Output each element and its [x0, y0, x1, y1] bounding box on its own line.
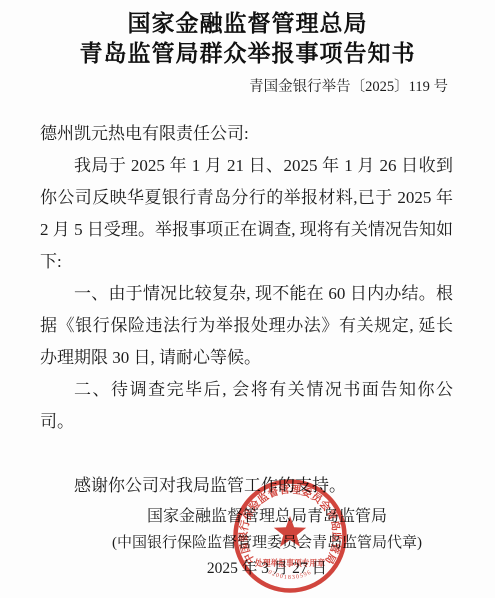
- paragraph-thanks: 感谢你公司对我局监管工作的支持。: [40, 470, 453, 502]
- paragraph-intro: 我局于 2025 年 1 月 21 日、2025 年 1 月 26 日收到你公司…: [40, 150, 453, 278]
- document-body: 德州凯元热电有限责任公司: 我局于 2025 年 1 月 21 日、2025 年…: [0, 118, 495, 502]
- issuer-proxy-note: (中国银行保险监督管理委员会青岛监管局代章): [40, 530, 494, 556]
- document-number: 青国金银行举告〔2025〕119 号: [0, 75, 495, 96]
- signature-block: 国家金融监督管理总局青岛监管局 (中国银行保险监督管理委员会青岛监管局代章) 2…: [40, 504, 494, 582]
- document-header: 国家金融监督管理总局 青岛监管局群众举报事项告知书 青国金银行举告〔2025〕1…: [0, 0, 495, 96]
- recipient-salutation: 德州凯元热电有限责任公司:: [40, 118, 453, 150]
- title-line-2: 青岛监管局群众举报事项告知书: [0, 38, 495, 68]
- issue-date: 2025 年 3 月 27 日: [40, 556, 494, 582]
- paragraph-item-1: 一、由于情况比较复杂, 现不能在 60 日内办结。根据《银行保险违法行为举报处理…: [40, 278, 453, 374]
- issuer-name: 国家金融监督管理总局青岛监管局: [40, 504, 494, 530]
- document-page: 国家金融监督管理总局 青岛监管局群众举报事项告知书 青国金银行举告〔2025〕1…: [0, 0, 495, 598]
- title-line-1: 国家金融监督管理总局: [0, 8, 495, 38]
- paragraph-item-2: 二、待调查完毕后, 会将有关情况书面告知你公司。: [40, 374, 453, 438]
